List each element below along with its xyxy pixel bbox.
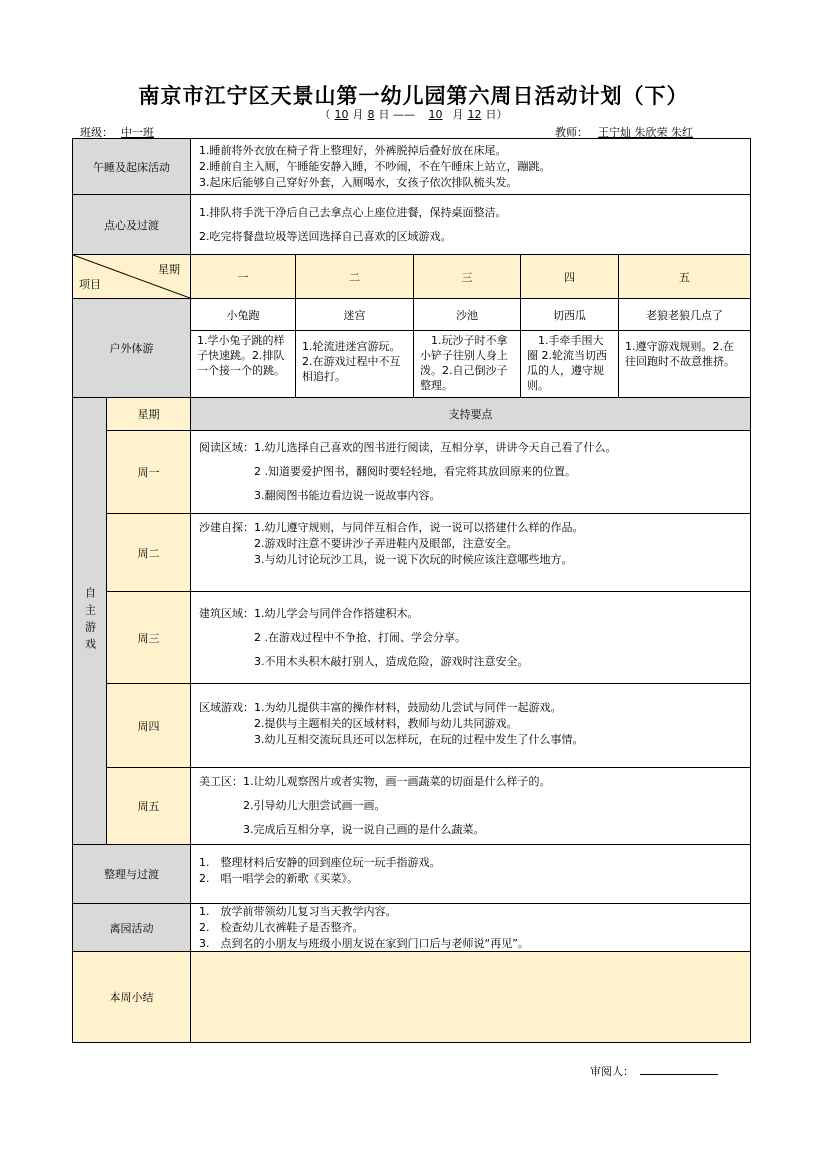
leave-item: 1. 放学前带领幼儿复习当天教学内容。 <box>199 904 397 920</box>
outdoor-game-thu: 切西瓜 <box>520 298 619 331</box>
free-play-day-mon: 周一 <box>106 430 191 514</box>
snack-item: 1.排队将手洗干净后自己去拿点心上座位进餐，保持桌面整洁。 <box>199 201 507 225</box>
game-name: 沙池 <box>456 307 478 323</box>
free-play-points-mon: 阅读区域：1.幼儿选择自己喜欢的图书进行阅读，互相分享，讲讲今天自己看了什么。 … <box>190 430 751 514</box>
point-line: 2.引导幼儿大胆尝试画一画。 <box>199 794 386 818</box>
day-label: 五 <box>679 269 690 285</box>
snack-content-cell: 1.排队将手洗干净后自己去拿点心上座位进餐，保持桌面整洁。 2.吃完将餐盘垃圾等… <box>190 194 751 255</box>
free-play-day-fri: 周五 <box>106 767 191 845</box>
free-play-day-header: 星期 <box>106 397 191 431</box>
day-label: 周四 <box>138 718 160 734</box>
day-header-fri: 五 <box>618 254 751 299</box>
month-label-2: 月 <box>453 108 464 121</box>
day-header-wed: 三 <box>413 254 521 299</box>
day-label: 周一 <box>138 464 160 480</box>
date-range: （10月8日 —— 10月12日） <box>0 106 827 122</box>
free-play-points-thu: 区域游戏：1.为幼儿提供丰富的操作材料，鼓励幼儿尝试与同伴一起游戏。 2.提供与… <box>190 683 751 768</box>
game-name: 小兔跑 <box>227 307 260 323</box>
free-play-day-tue: 周二 <box>106 513 191 592</box>
tidy-content-cell: 1. 整理材料后安静的回到座位玩一玩手指游戏。 2. 唱一唱学会的新歌《买菜》。 <box>190 844 751 904</box>
point-line: 2.提供与主题相关的区域材料，教师与幼儿共同游戏。 <box>199 716 518 732</box>
nap-label-cell: 午睡及起床活动 <box>72 138 191 195</box>
day-label: 四 <box>564 269 575 285</box>
day-label: 三 <box>462 269 473 285</box>
game-detail: 1.学小兔子跳的样子快速跳。2.排队一个接一个的跳。 <box>197 333 289 378</box>
corner-top-label: 星期 <box>158 261 180 277</box>
point-line: 美工区：1.让幼儿观察图片或者实物，画一画蔬菜的切面是什么样子的。 <box>199 770 551 794</box>
day-header-thu: 四 <box>520 254 619 299</box>
point-line: 2 .在游戏过程中不争抢、打闹、学会分享。 <box>199 626 466 650</box>
leave-item: 3. 点到名的小朋友与班级小朋友说在家到门口后与老师说“再见”。 <box>199 936 529 952</box>
date-dash: —— <box>393 108 415 121</box>
outdoor-detail-fri: 1.遵守游戏规则。2.在往回跑时不故意推挤。 <box>618 330 751 398</box>
point-line: 建筑区域：1.幼儿学会与同伴合作搭建积木。 <box>199 602 419 626</box>
outdoor-game-wed: 沙池 <box>413 298 521 331</box>
game-detail: 1.玩沙子时不拿小铲子往别人身上泼。2.自己倒沙子整理。 <box>420 333 514 393</box>
day-header-tue: 二 <box>295 254 414 299</box>
free-play-label: 自主游戏 <box>82 587 98 655</box>
day-label: 周五 <box>138 798 160 814</box>
leave-content-cell: 1. 放学前带领幼儿复习当天教学内容。 2. 检查幼儿衣裤鞋子是否整齐。 3. … <box>190 903 751 952</box>
point-line: 3.翻阅图书能边看边说一说故事内容。 <box>199 484 441 508</box>
nap-item: 2.睡前自主入厕，午睡能安静入睡，不吵闹，不在午睡床上站立，蹦跳。 <box>199 159 551 175</box>
point-line: 3.幼儿互相交流玩具还可以怎样玩，在玩的过程中发生了什么事情。 <box>199 732 584 748</box>
point-line: 沙建自探：1.幼儿遵守规则，与同伴互相合作，说一说可以搭建什么样的作品。 <box>199 520 584 536</box>
free-play-points-fri: 美工区：1.让幼儿观察图片或者实物，画一画蔬菜的切面是什么样子的。 2.引导幼儿… <box>190 767 751 845</box>
summary-label-cell: 本周小结 <box>72 951 191 1043</box>
tidy-item: 2. 唱一唱学会的新歌《买菜》。 <box>199 871 358 887</box>
game-detail: 1.轮流进迷宫游玩。2.在游戏过程中不互相追打。 <box>302 339 407 384</box>
day-label: 一 <box>238 269 249 285</box>
nap-item: 3.起床后能够自己穿好外套，入厕喝水，女孩子依次排队梳头发。 <box>199 175 518 191</box>
corner-bottom-label: 项目 <box>79 276 101 292</box>
day-header-label: 星期 <box>138 406 160 422</box>
reviewer-signature-line <box>640 1074 718 1075</box>
summary-content-cell[interactable] <box>190 951 751 1043</box>
free-play-points-header: 支持要点 <box>190 397 751 431</box>
point-line: 2.游戏时注意不要讲沙子弄进鞋内及眼部，注意安全。 <box>199 536 518 552</box>
day-label: 周三 <box>138 630 160 646</box>
point-line: 3.完成后互相分享，说一说自己画的是什么蔬菜。 <box>199 818 485 842</box>
start-month: 10 <box>331 108 353 121</box>
game-name: 老狼老狼几点了 <box>646 307 723 323</box>
outdoor-game-fri: 老狼老狼几点了 <box>618 298 751 331</box>
leave-label-cell: 离园活动 <box>72 903 191 952</box>
end-day: 12 <box>464 108 486 121</box>
game-detail: 1.手牵手围大圈 2.轮流当切西瓜的人，遵守规则。 <box>527 333 612 393</box>
game-name: 切西瓜 <box>553 307 586 323</box>
reviewer-label: 审阅人： <box>590 1063 634 1079</box>
nap-item: 1.睡前将外衣放在椅子背上整理好，外裤脱掉后叠好放在床尾。 <box>199 143 507 159</box>
date-close: 日） <box>486 108 508 121</box>
start-day: 8 <box>364 108 379 121</box>
outdoor-game-tue: 迷宫 <box>295 298 414 331</box>
outdoor-label-cell: 户外体游 <box>72 298 191 398</box>
snack-item: 2.吃完将餐盘垃圾等送回选择自己喜欢的区域游戏。 <box>199 225 452 249</box>
date-open: （ <box>320 108 331 121</box>
snack-label: 点心及过渡 <box>104 217 159 233</box>
points-header-label: 支持要点 <box>449 406 493 422</box>
tidy-label: 整理与过渡 <box>104 866 159 882</box>
outdoor-game-mon: 小兔跑 <box>190 298 296 331</box>
snack-label-cell: 点心及过渡 <box>72 194 191 255</box>
game-name: 迷宫 <box>344 307 366 323</box>
free-play-day-thu: 周四 <box>106 683 191 768</box>
tidy-label-cell: 整理与过渡 <box>72 844 191 904</box>
leave-item: 2. 检查幼儿衣裤鞋子是否整齐。 <box>199 920 364 936</box>
point-line: 3.不用木头积木敲打别人，造成危险，游戏时注意安全。 <box>199 650 529 674</box>
day-label: 日 <box>379 108 390 121</box>
point-line: 阅读区域：1.幼儿选择自己喜欢的图书进行阅读，互相分享，讲讲今天自己看了什么。 <box>199 436 617 460</box>
outdoor-detail-mon: 1.学小兔子跳的样子快速跳。2.排队一个接一个的跳。 <box>190 330 296 398</box>
outdoor-detail-thu: 1.手牵手围大圈 2.轮流当切西瓜的人，遵守规则。 <box>520 330 619 398</box>
free-play-points-tue: 沙建自探：1.幼儿遵守规则，与同伴互相合作，说一说可以搭建什么样的作品。 2.游… <box>190 513 751 592</box>
point-line: 2 .知道要爱护图书，翻阅时要轻轻地，看完将其放回原来的位置。 <box>199 460 576 484</box>
free-play-label-cell: 自主游戏 <box>72 397 107 845</box>
month-label: 月 <box>353 108 364 121</box>
summary-label: 本周小结 <box>110 989 154 1005</box>
nap-label: 午睡及起床活动 <box>93 159 170 175</box>
point-line: 3.与幼儿讨论玩沙工具，说一说下次玩的时候应该注意哪些地方。 <box>199 552 573 568</box>
free-play-day-wed: 周三 <box>106 591 191 684</box>
day-label: 周二 <box>138 545 160 561</box>
corner-header-cell: 星期 项目 <box>72 254 191 299</box>
outdoor-detail-wed: 1.玩沙子时不拿小铲子往别人身上泼。2.自己倒沙子整理。 <box>413 330 521 398</box>
end-month: 10 <box>419 108 453 121</box>
day-header-mon: 一 <box>190 254 296 299</box>
free-play-points-wed: 建筑区域：1.幼儿学会与同伴合作搭建积木。 2 .在游戏过程中不争抢、打闹、学会… <box>190 591 751 684</box>
nap-content-cell: 1.睡前将外衣放在椅子背上整理好，外裤脱掉后叠好放在床尾。 2.睡前自主入厕，午… <box>190 138 751 195</box>
outdoor-detail-tue: 1.轮流进迷宫游玩。2.在游戏过程中不互相追打。 <box>295 330 414 398</box>
tidy-item: 1. 整理材料后安静的回到座位玩一玩手指游戏。 <box>199 855 441 871</box>
day-label: 二 <box>349 269 360 285</box>
game-detail: 1.遵守游戏规则。2.在往回跑时不故意推挤。 <box>625 339 744 369</box>
point-line: 区域游戏：1.为幼儿提供丰富的操作材料，鼓励幼儿尝试与同伴一起游戏。 <box>199 700 562 716</box>
leave-label: 离园活动 <box>110 920 154 936</box>
outdoor-label: 户外体游 <box>110 340 154 356</box>
